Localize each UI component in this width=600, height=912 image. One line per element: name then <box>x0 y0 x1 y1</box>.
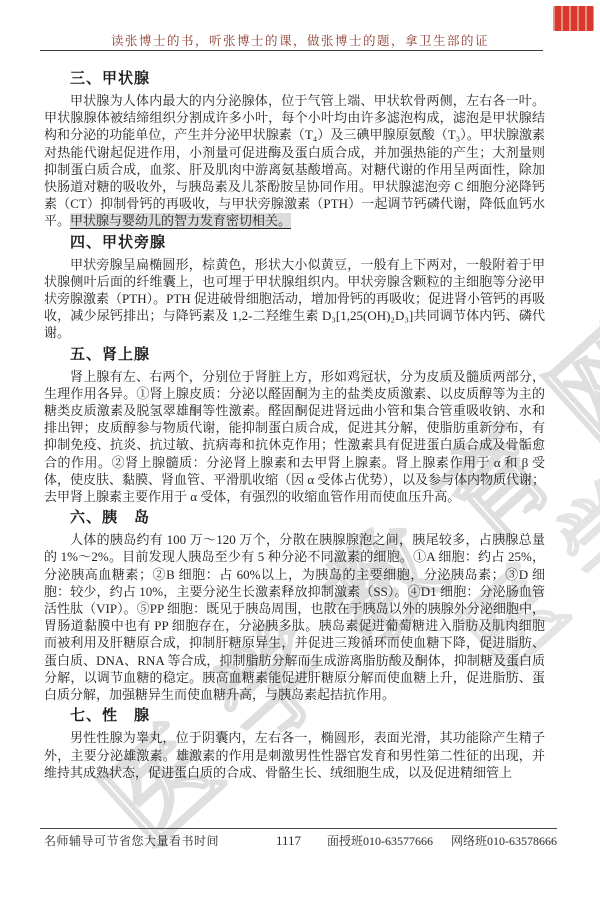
paragraph: 甲状旁腺呈扁椭圆形，棕黄色，形状大小似黄豆，一般有上下两对，一般附着于甲状腺侧叶… <box>44 256 545 342</box>
footer-slogan: 名师辅导可节省您大量看书时间 <box>44 832 276 849</box>
footer-rule <box>40 828 557 829</box>
text-run: 甲状旁腺呈扁椭圆形，棕黄色，形状大小似黄豆，一般有上下两对，一般附着于甲状腺侧叶… <box>44 257 545 341</box>
section-title: 五、肾上腺 <box>70 346 545 365</box>
section-title: 三、甲状腺 <box>70 70 545 89</box>
paragraph: 男性性腺为睾丸，位于阴囊内，左右各一，椭圆形，表面光滑，其功能除产生精子外，主要… <box>44 729 545 781</box>
emphasized-text: 甲状腺与婴幼儿的智力发育密切相关。 <box>70 213 291 228</box>
body-content: 三、甲状腺甲状腺为人体内最大的内分泌腺体，位于气管上端、甲状软骨两侧，左右各一叶… <box>44 66 545 781</box>
paragraph: 甲状腺为人体内最大的内分泌腺体，位于气管上端、甲状软骨两侧，左右各一叶。甲状腺腺… <box>44 92 545 230</box>
stamp-glyphs <box>553 6 594 31</box>
text-run: 甲状腺为人体内最大的内分泌腺体，位于气管上端、甲状软骨两侧，左右各一叶。甲状腺腺… <box>44 93 545 228</box>
header-rule <box>40 50 543 51</box>
text-run: 人体的胰岛约有 100 万～120 万个，分散在胰腺腺泡之间，胰尾较多，占胰腺总… <box>44 532 545 702</box>
section-title: 六、胰 岛 <box>70 509 545 528</box>
red-stamp <box>553 6 594 31</box>
page-number: 1117 <box>276 833 301 849</box>
footer-phone-classroom: 面授班010-63577666 <box>327 832 433 849</box>
document-page: 医学教育网 医学教育 读张博士的书，听张博士的课，做张博士的题，拿卫生部的证 三… <box>0 0 600 912</box>
footer-phone-online: 网络班010-63578666 <box>451 832 557 849</box>
text-run: 男性性腺为睾丸，位于阴囊内，左右各一，椭圆形，表面光滑，其功能除产生精子外，主要… <box>44 730 545 779</box>
section-title: 七、性 腺 <box>70 707 545 726</box>
header-slogan: 读张博士的书，听张博士的课，做张博士的题，拿卫生部的证 <box>0 31 600 49</box>
paragraph: 人体的胰岛约有 100 万～120 万个，分散在胰腺腺泡之间，胰尾较多，占胰腺总… <box>44 531 545 703</box>
section-title: 四、甲状旁腺 <box>70 234 545 253</box>
paragraph: 肾上腺有左、右两个，分别位于肾脏上方，形如鸡冠状，分为皮质及髓质两部分，生理作用… <box>44 368 545 506</box>
text-run: 肾上腺有左、右两个，分别位于肾脏上方，形如鸡冠状，分为皮质及髓质两部分，生理作用… <box>44 369 545 504</box>
footer: 名师辅导可节省您大量看书时间 1117 面授班010-63577666 网络班0… <box>44 832 557 849</box>
